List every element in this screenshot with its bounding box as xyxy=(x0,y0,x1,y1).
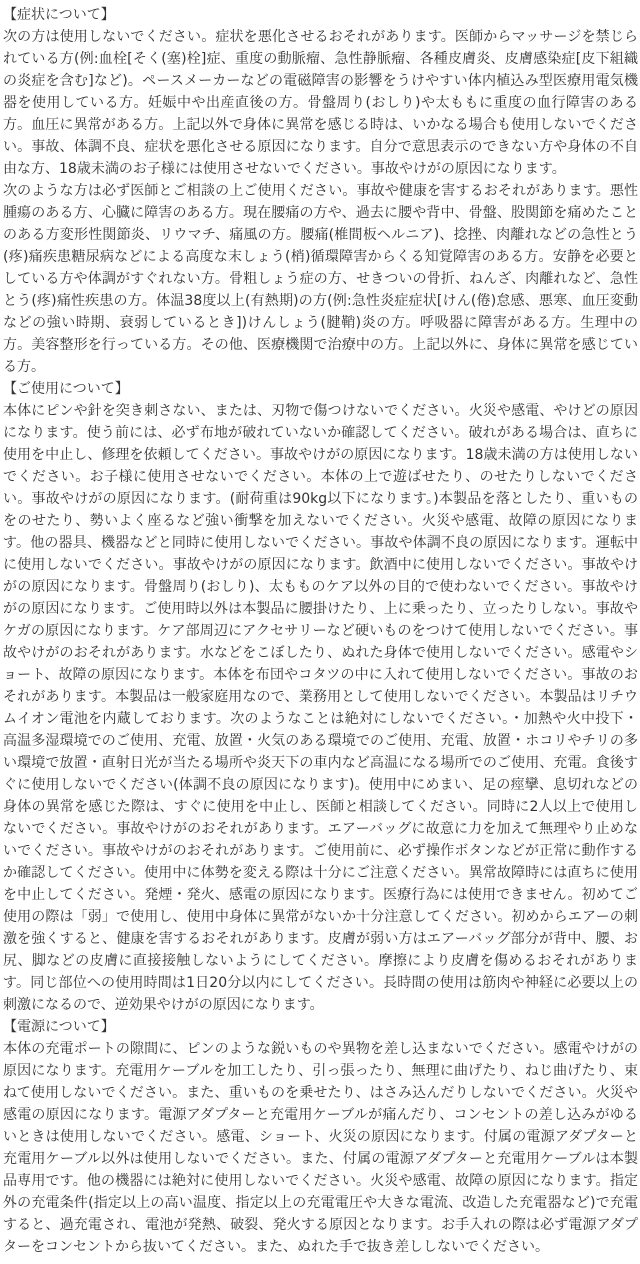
section-power-heading: 【電源について】 xyxy=(3,1016,638,1038)
section-usage: 【ご使用について】 本体にピンや針を突き刺さない、または、刃物で傷つけないでくだ… xyxy=(3,378,638,1016)
section-power: 【電源について】 本体の充電ポートの隙間に、ピンのような鋭いものや異物を差し込ま… xyxy=(3,1016,638,1258)
section-usage-paragraph-1: 本体にピンや針を突き刺さない、または、刃物で傷つけないでください。火災や感電、や… xyxy=(3,400,638,1016)
product-warnings-document: 【症状について】 次の方は使用しないでください。症状を悪化させるおそれがあります… xyxy=(0,0,640,1264)
section-symptoms-paragraph-1: 次の方は使用しないでください。症状を悪化させるおそれがあります。医師からマッサー… xyxy=(3,26,638,180)
section-symptoms-heading: 【症状について】 xyxy=(3,4,638,26)
section-usage-heading: 【ご使用について】 xyxy=(3,378,638,400)
section-symptoms-paragraph-2: 次のような方は必ず医師とご相談の上ご使用ください。事故や健康を害するおそれがあり… xyxy=(3,180,638,378)
section-symptoms: 【症状について】 次の方は使用しないでください。症状を悪化させるおそれがあります… xyxy=(3,4,638,378)
section-power-paragraph-1: 本体の充電ポートの隙間に、ピンのような鋭いものや異物を差し込まないでください。感… xyxy=(3,1038,638,1258)
